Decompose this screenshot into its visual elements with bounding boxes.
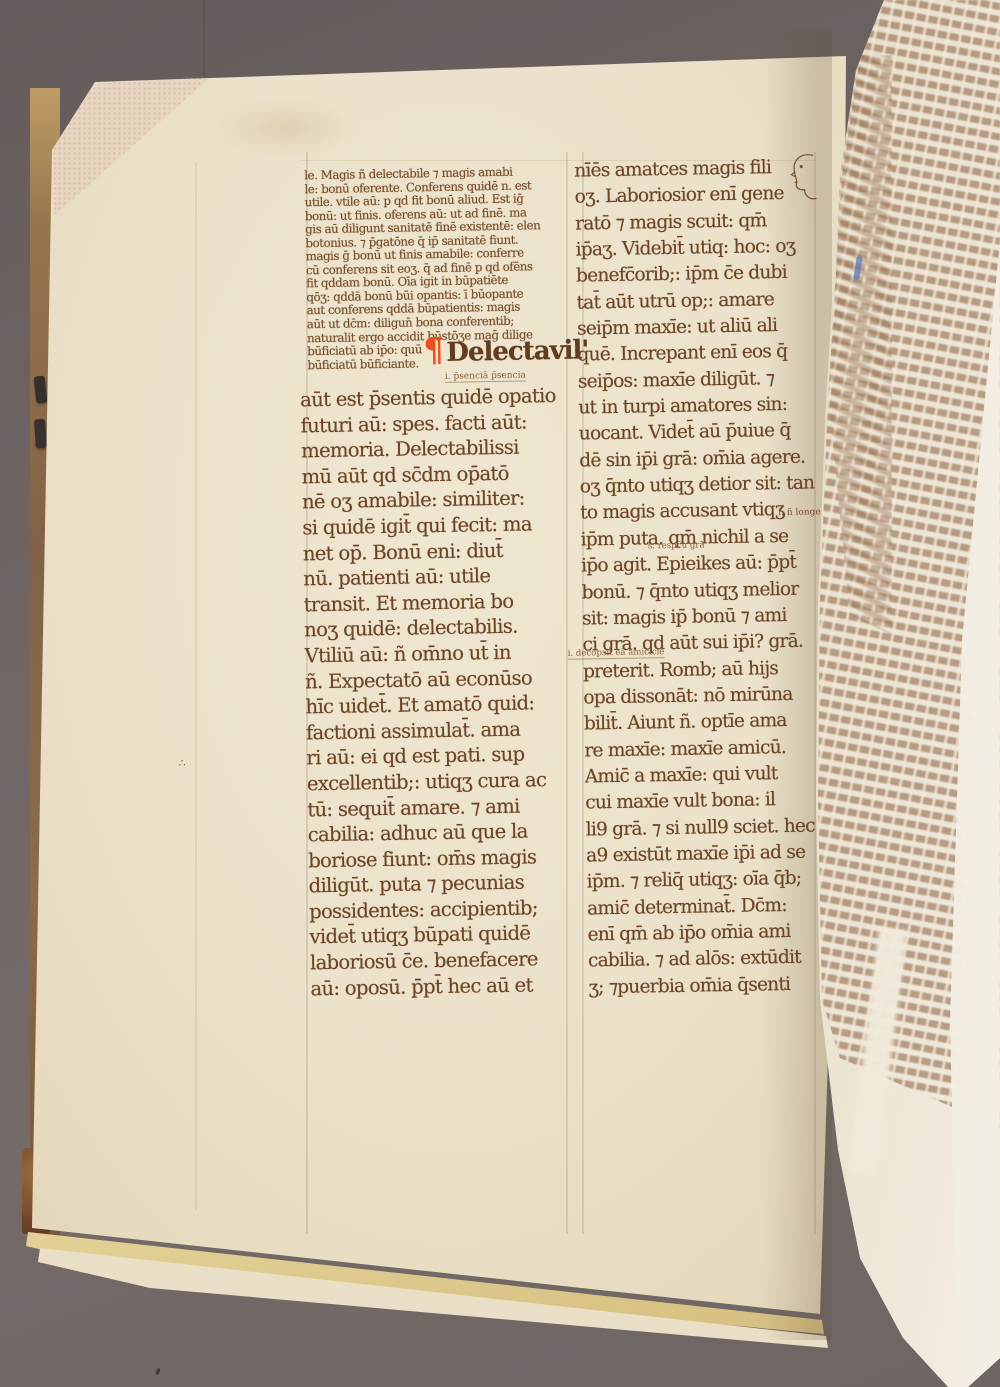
rubric-paraph-icon: ¶ bbox=[423, 330, 445, 370]
interlinear-gloss: s. respc̄u grā bbox=[648, 540, 705, 551]
interlinear-gloss: i. decōpsit̄ eā amicicie bbox=[568, 647, 665, 660]
column1-text: aūt est p̄sentis quidē opatiofuturi aū: … bbox=[300, 383, 583, 1002]
backdrop-seam bbox=[203, 0, 205, 76]
text-line: aū: oposū. p̄pt̄ hec aū et bbox=[310, 971, 582, 1001]
text-line: excellentib;: utiqʒ cura ac bbox=[307, 767, 579, 797]
text-line: aūt est p̄sentis quidē opatio bbox=[300, 383, 572, 413]
manuscript-photo: le. Magis ñ delectabile ⁊ magis amabile:… bbox=[0, 0, 1000, 1387]
binding-clasp-bottom bbox=[34, 419, 47, 449]
initial-word: Delectavil' bbox=[446, 330, 589, 372]
margin-dots-mark: ∴ bbox=[178, 756, 185, 769]
interlinear-gloss: i. p̄senciā p̄sencia bbox=[445, 370, 526, 382]
rubricated-initial-line: ¶ Delectavil' bbox=[423, 330, 589, 373]
